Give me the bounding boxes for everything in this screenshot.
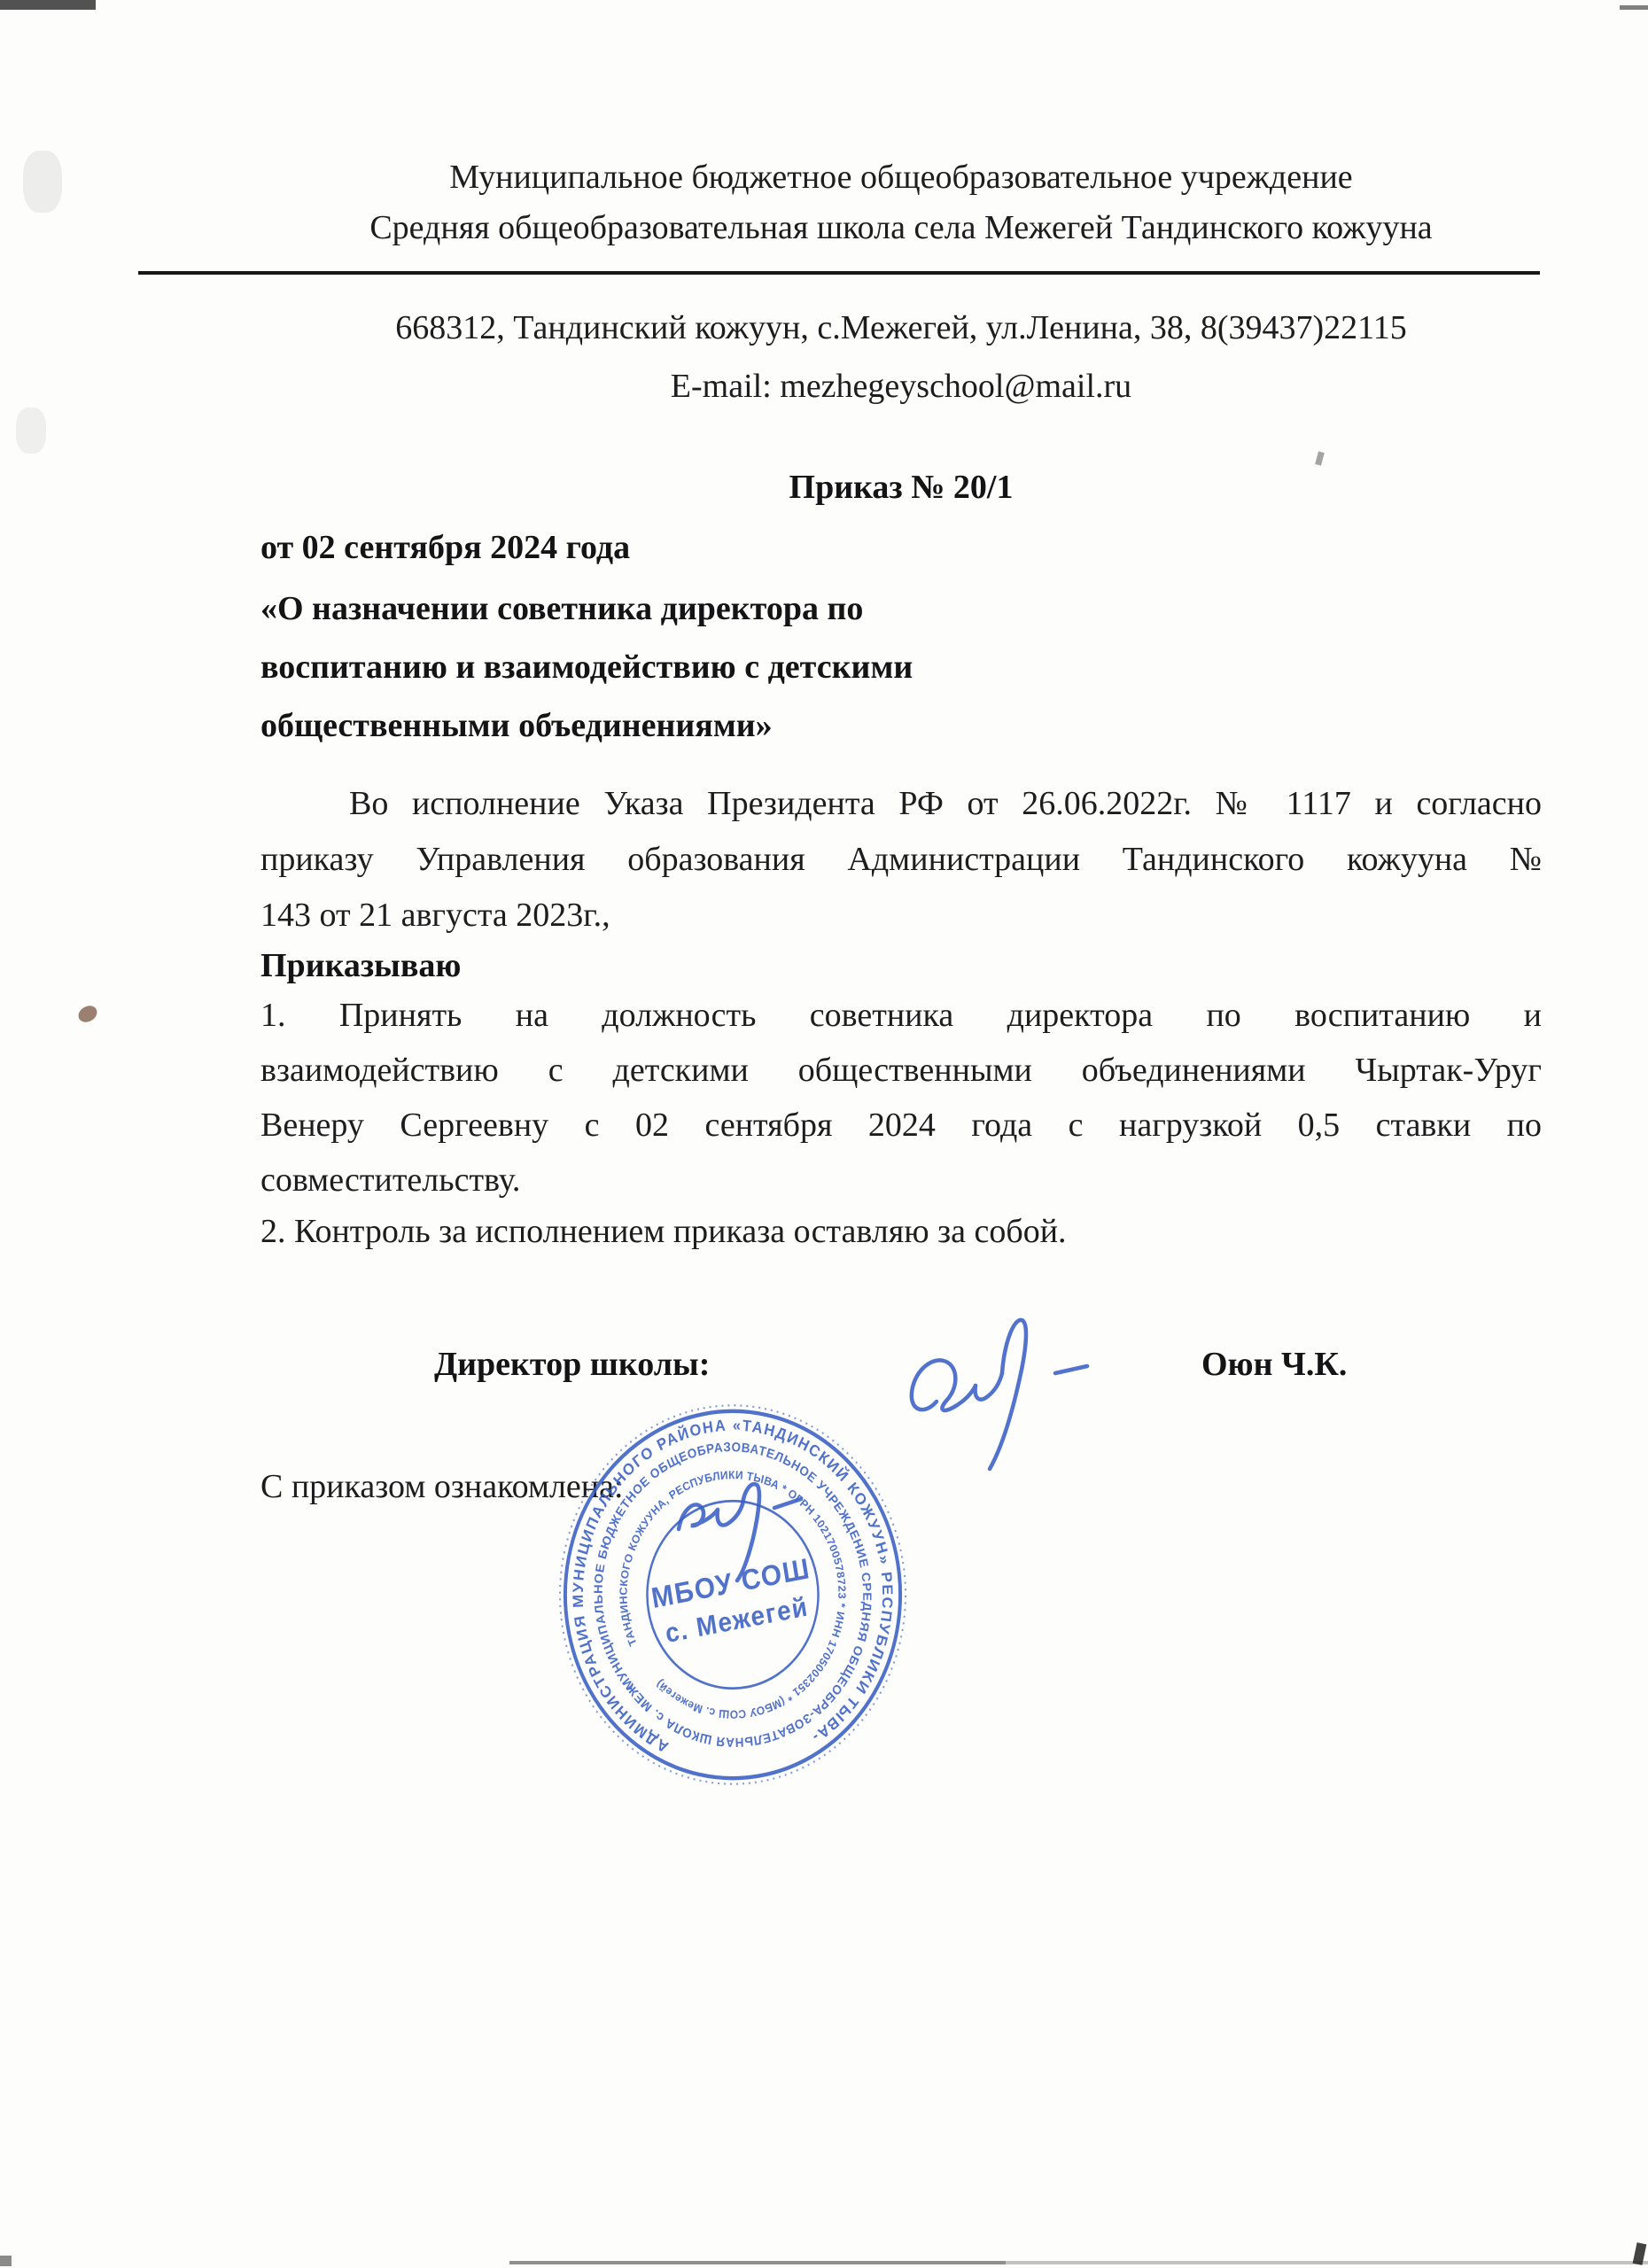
scan-artifact-bottom-left: [0, 2256, 12, 2266]
decree-word: Приказываю: [260, 938, 1542, 994]
order-item-2: 2. Контроль за исполнением приказа остав…: [260, 1204, 1542, 1260]
letterhead-divider: [138, 271, 1540, 275]
order-preamble: Во исполнение Указа Президента РФ от 26.…: [260, 776, 1542, 944]
org-name-line2: Средняя общеобразовательная школа села М…: [260, 203, 1542, 253]
scan-smudge-left-2: [16, 408, 46, 454]
order-subject: «О назначении советника директора по вос…: [260, 579, 1542, 755]
scan-artifact-top-left: [0, 0, 96, 10]
scan-smudge-left-1: [23, 151, 62, 213]
director-name: Оюн Ч.К.: [1201, 1337, 1347, 1393]
order-date: от 02 сентября 2024 года: [260, 520, 1542, 576]
email-line: E-mail: mezhegeyschool@mail.ru: [260, 361, 1542, 411]
scanned-order-document: Муниципальное бюджетное общеобразователь…: [0, 0, 1648, 2268]
director-label: Директор школы:: [434, 1337, 710, 1393]
order-item-1: 1. Принять на должность советника директ…: [260, 988, 1542, 1208]
address-line: 668312, Тандинский кожуун, с.Межегей, ул…: [260, 303, 1542, 353]
preamble-line: Во исполнение Указа Президента РФ от 26.…: [260, 776, 1542, 832]
order-subject-line: «О назначении советника директора по: [260, 579, 1542, 638]
org-name-line1: Муниципальное бюджетное общеобразователь…: [260, 152, 1542, 203]
school-stamp: АДМИНИСТРАЦИЯ МУНИЦИПАЛЬНОГО РАЙОНА «ТАН…: [556, 1402, 909, 1788]
preamble-line: приказу Управления образования Администр…: [260, 832, 1542, 888]
scan-artifact-top-right: [1620, 5, 1648, 10]
preamble-line: 143 от 21 августа 2023г.,: [260, 888, 1542, 944]
item1-line: взаимодействию с детскими общественными …: [260, 1043, 1542, 1098]
item1-line: совместительству.: [260, 1153, 1542, 1208]
order-subject-line: воспитанию и взаимодействию с детскими: [260, 638, 1542, 696]
order-subject-line: общественными объединениями»: [260, 696, 1542, 755]
order-title: Приказ № 20/1: [260, 460, 1542, 516]
scan-artifact-bottom-line-dark: [509, 2261, 1006, 2264]
item1-line: Венеру Сергеевну с 02 сентября 2024 года…: [260, 1098, 1542, 1153]
scan-speck-brown: [75, 1003, 100, 1026]
item1-line: 1. Принять на должность советника директ…: [260, 988, 1542, 1043]
